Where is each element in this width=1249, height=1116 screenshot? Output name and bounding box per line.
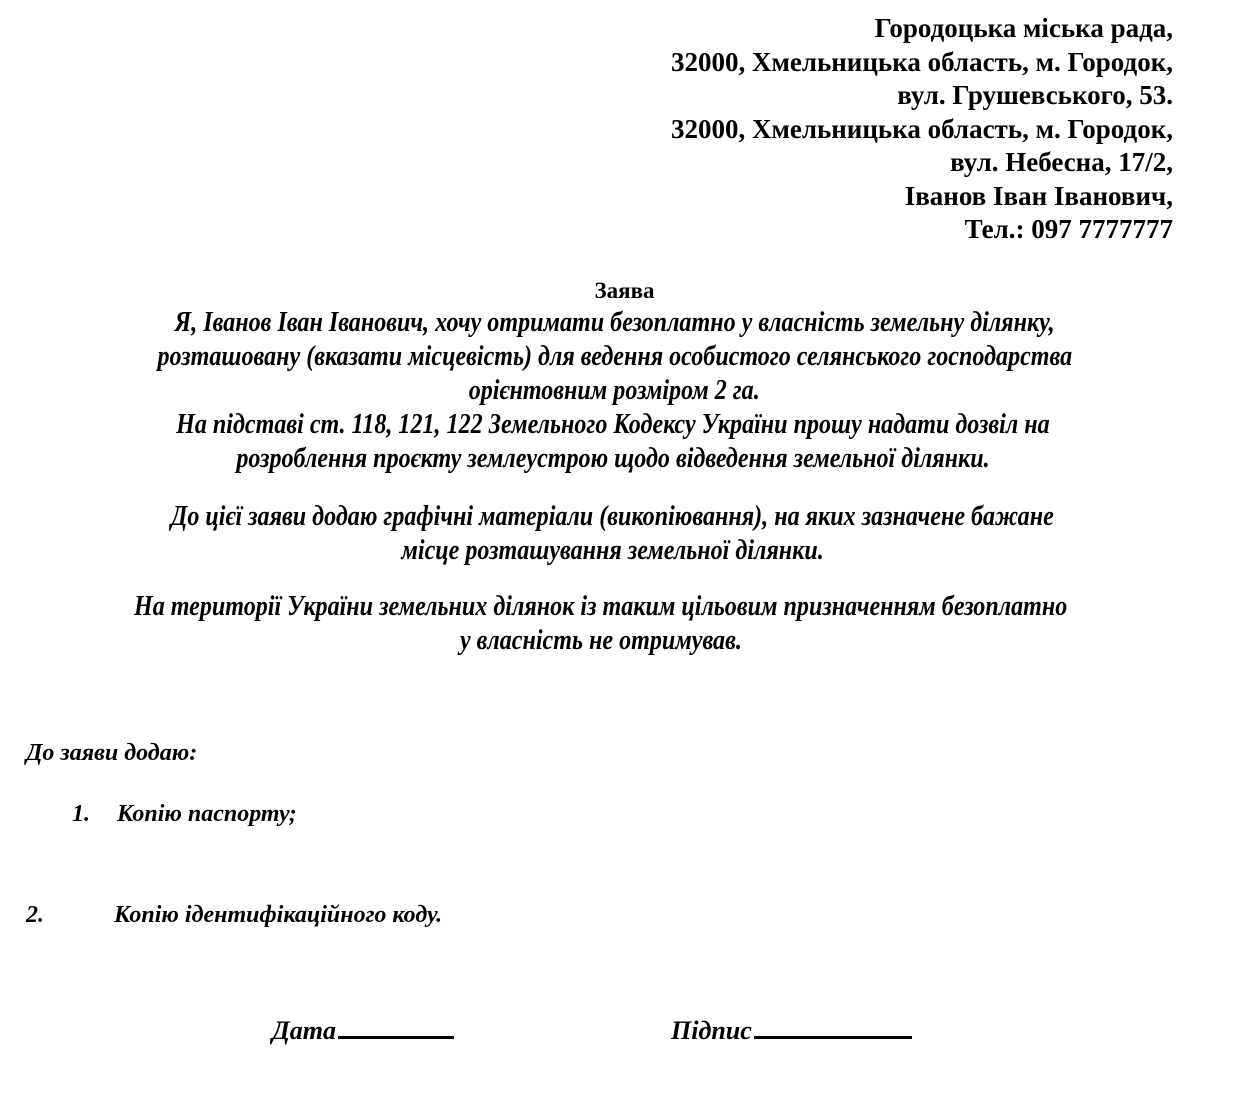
attachment-number: 2. (26, 902, 44, 929)
recipient-address-street: вул. Грушевського, 53. (671, 79, 1173, 113)
signature-field: Підпис (671, 1016, 912, 1046)
paragraph-line: До цієї заяви додаю графічні матеріали (… (171, 500, 1054, 534)
attachment-item: Копію ідентифікаційного коду. (114, 902, 442, 929)
recipient-address-city: 32000, Хмельницька область, м. Городок, (671, 46, 1173, 80)
recipient-name: Городоцька міська рада, (671, 12, 1173, 46)
paragraph-line: у власність не отримував. (460, 624, 742, 658)
declaration-paragraph: На території України земельних ділянок і… (0, 590, 1225, 658)
paragraph-line: орієнтовним розміром 2 га. (469, 374, 760, 408)
signature-blank-line (754, 1016, 912, 1039)
signature-label: Підпис (671, 1016, 752, 1045)
attachments-heading: До заяви додаю: (26, 740, 197, 767)
paragraph-line: розташовану (вказати місцевість) для вед… (157, 340, 1072, 374)
paragraph-line: На підставі ст. 118, 121, 122 Земельного… (176, 408, 1050, 442)
sender-address-street: вул. Небесна, 17/2, (671, 146, 1173, 180)
attachment-number: 1. (72, 801, 90, 828)
recipient-sender-block: Городоцька міська рада, 32000, Хмельниць… (671, 12, 1173, 247)
sender-name: Іванов Іван Іванович, (671, 180, 1173, 214)
paragraph-line: розроблення проєкту землеустрою щодо від… (236, 442, 989, 476)
paragraph-line: місце розташування земельної ділянки. (401, 534, 823, 568)
sender-address-city: 32000, Хмельницька область, м. Городок, (671, 113, 1173, 147)
paragraph-line: На території України земельних ділянок і… (134, 590, 1067, 624)
legal-basis-paragraph: На підставі ст. 118, 121, 122 Земельного… (0, 408, 1237, 476)
paragraph-line: Я, Іванов Іван Іванович, хочу отримати б… (174, 306, 1054, 340)
attachment-item: Копію паспорту; (117, 801, 297, 828)
date-label: Дата (272, 1016, 336, 1045)
date-blank-line (338, 1016, 454, 1039)
document-title: Заява (0, 276, 1249, 306)
date-field: Дата (272, 1016, 454, 1046)
request-paragraph: Я, Іванов Іван Іванович, хочу отримати б… (0, 306, 1239, 408)
sender-phone: Тел.: 097 7777777 (671, 213, 1173, 247)
materials-paragraph: До цієї заяви додаю графічні матеріали (… (0, 500, 1237, 568)
